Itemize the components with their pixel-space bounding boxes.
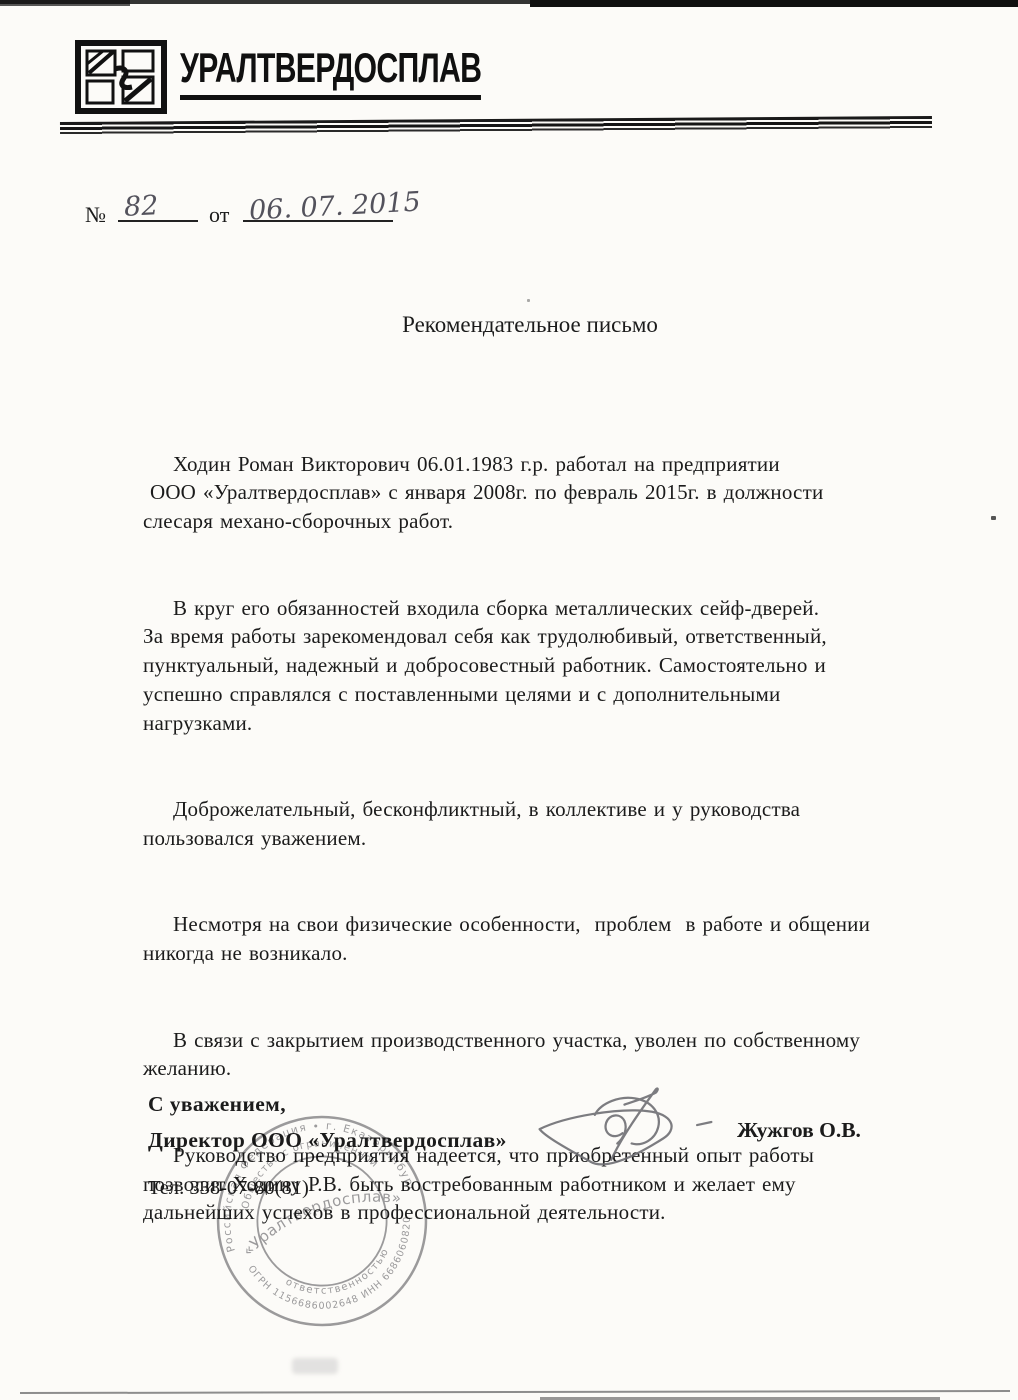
scan-artifact-bottom-line (20, 1390, 1010, 1394)
stamp-outer-top-text: Российская Федерация ∙ г. Екатеринбург (213, 1112, 418, 1254)
ref-from-label: от (209, 202, 229, 227)
ref-number-handwritten-value: 82 (123, 192, 159, 221)
company-stamp: Российская Федерация ∙ г. Екатеринбург О… (213, 1112, 431, 1330)
letterhead-rule (60, 116, 932, 135)
scan-artifact-top-strip (530, 0, 1018, 7)
scan-smudge (292, 1358, 338, 1374)
company-logo-icon (75, 40, 167, 114)
paragraph-employment: Ходин Роман Викторович 06.01.1983 г.р. р… (143, 450, 943, 536)
ref-date-blank: 06. 07. 2015 (243, 220, 393, 222)
letter-title: Рекомендательное письмо (0, 312, 1018, 338)
scan-speck (527, 299, 530, 302)
scanned-letter-page: УРАЛТВЕРДОСПЛАВ № 82 от 06. 07. 2015 Рек… (0, 0, 1018, 1400)
ref-number-label: № (85, 202, 106, 227)
company-logo-text: УРАЛТВЕРДОСПЛАВ (180, 44, 481, 100)
paragraph-duties: В круг его обязанностей входила сборка м… (143, 594, 943, 738)
paragraph-physical: Несмотря на свои физические особенности,… (143, 910, 943, 968)
ref-date-handwritten-value: 06. 07. 2015 (248, 189, 421, 225)
director-signature (523, 1076, 728, 1214)
scan-artifact-top-strip (0, 0, 130, 6)
signature-dash (697, 1122, 711, 1125)
paragraph-dismissal: В связи с закрытием производственного уч… (143, 1026, 943, 1084)
ref-number-blank: 82 (118, 220, 198, 222)
signatory-name: Жужгов О.В. (737, 1118, 861, 1143)
ref-line: № 82 от 06. 07. 2015 (85, 202, 393, 228)
scan-speck (991, 516, 996, 520)
svg-text:Российская Федерация ∙ г. Ек: Российская Федерация ∙ г. Екатеринбург (213, 1112, 418, 1254)
paragraph-character: Доброжелательный, бесконфликтный, в колл… (143, 795, 943, 853)
